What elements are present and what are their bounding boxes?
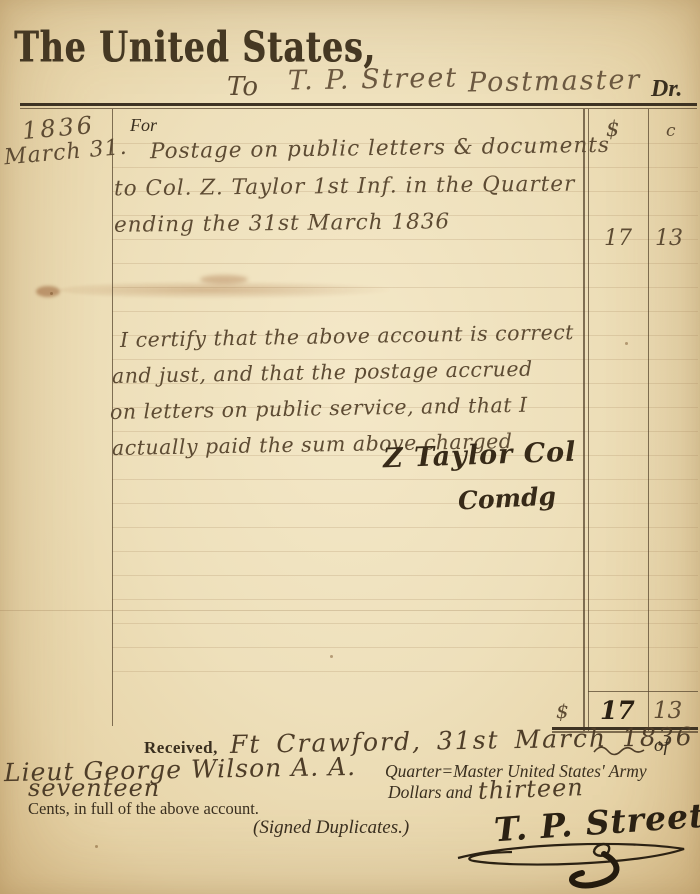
pen-squiggle-icon	[592, 742, 646, 758]
sum-rule	[588, 691, 698, 692]
total-cents: 13	[653, 698, 682, 724]
amount-cents: 13	[655, 226, 683, 251]
payee-name: T. P. Street	[288, 63, 459, 97]
header-rule-thin	[20, 108, 697, 109]
signature-flourish-icon	[452, 838, 692, 890]
speck	[50, 292, 53, 295]
dollars-and-label: Dollars and	[388, 782, 472, 803]
cents-clause: Cents, in full of the above account.	[28, 799, 259, 819]
cents-column-header: c	[666, 121, 676, 141]
taylor-rank: Comdg	[457, 481, 556, 515]
cents-column-rule	[648, 109, 649, 731]
for-label: For	[130, 115, 157, 136]
dr-abbrev: Dr.	[651, 76, 682, 103]
header-rule-thick	[20, 103, 697, 106]
amount-dollars: 17	[604, 226, 632, 251]
bill-line: to Col. Z. Taylor 1st Inf. in the Quarte…	[114, 172, 576, 202]
signed-duplicates-note: (Signed Duplicates.)	[253, 817, 409, 839]
to-label: To	[227, 72, 258, 102]
stain	[36, 286, 60, 297]
bill-line: ending the 31st March 1836	[114, 209, 450, 238]
document-page: The United States, To T. P. Street Postm…	[0, 0, 700, 894]
total-dollar-sign: $	[556, 699, 569, 723]
amount-words-dollars: seventeen	[28, 774, 160, 802]
money-column-rule-inner	[588, 109, 589, 731]
speck	[95, 845, 98, 848]
total-dollars: 17	[600, 696, 635, 725]
payee-role: Postmaster	[468, 64, 642, 98]
amount-words-cents: thirteen	[478, 773, 585, 805]
of-label: of	[654, 735, 669, 757]
money-column-rule-outer	[583, 109, 585, 731]
